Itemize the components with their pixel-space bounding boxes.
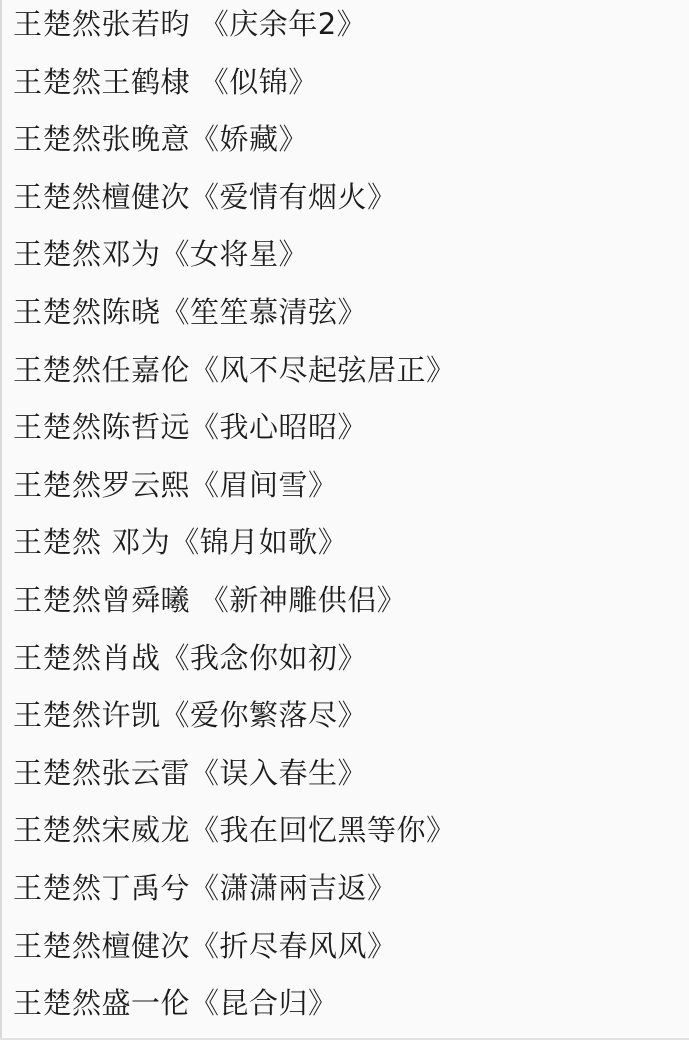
- actor-pair: 王楚然檀健次: [13, 180, 190, 214]
- list-item: 王楚然张晚意《娇藏》: [13, 111, 456, 169]
- list-item: 王楚然张若昀 《庆余年2》: [13, 0, 456, 54]
- actor-pair: 王楚然曾舜曦: [13, 583, 200, 617]
- actor-pair: 王楚然肖战: [13, 641, 161, 675]
- list-item: 王楚然肖战《我念你如初》: [13, 630, 456, 688]
- list-item: 王楚然许凯《爱你繁落尽》: [13, 687, 456, 745]
- actor-pair: 王楚然丁禹兮: [13, 871, 190, 905]
- actor-pair: 王楚然 邓为: [13, 525, 170, 559]
- actor-pair: 王楚然张若昀: [13, 7, 200, 41]
- actor-pair: 王楚然檀健次: [13, 929, 190, 963]
- list-item: 王楚然檀健次《折尽春风风》: [13, 918, 456, 976]
- list-item: 王楚然邓为《女将星》: [13, 226, 456, 284]
- list-item: 王楚然檀健次《爱情有烟火》: [13, 169, 456, 227]
- list-item: 王楚然 邓为《锦月如歌》: [13, 514, 456, 572]
- drama-title: 《潇潇兩吉返》: [190, 871, 397, 905]
- drama-title: 《娇藏》: [190, 122, 308, 156]
- drama-title: 《昆合归》: [190, 986, 338, 1020]
- actor-pair: 王楚然许凯: [13, 698, 161, 732]
- list-item: 王楚然任嘉伦《风不尽起弦居正》: [13, 342, 456, 400]
- drama-title: 《我在回忆黑等你》: [190, 813, 456, 847]
- list-item: 王楚然盛一伦《昆合归》: [13, 975, 456, 1033]
- actor-pair: 王楚然任嘉伦: [13, 353, 190, 387]
- actor-pair: 王楚然宋威龙: [13, 813, 190, 847]
- drama-title: 《爱情有烟火》: [190, 180, 397, 214]
- drama-title: 《我心昭昭》: [190, 410, 367, 444]
- drama-title: 《新神雕供侣》: [200, 583, 407, 617]
- list-item: 王楚然宋威龙《我在回忆黑等你》: [13, 802, 456, 860]
- drama-pairing-list: 王楚然张若昀 《庆余年2》 王楚然王鹤棣 《似锦》 王楚然张晚意《娇藏》 王楚然…: [13, 0, 456, 1033]
- actor-pair: 王楚然张云雷: [13, 756, 190, 790]
- list-item: 王楚然曾舜曦 《新神雕供侣》: [13, 572, 456, 630]
- left-border-divider: [0, 0, 2, 1040]
- drama-title: 《锦月如歌》: [170, 525, 347, 559]
- drama-title: 《风不尽起弦居正》: [190, 353, 456, 387]
- list-item: 王楚然王鹤棣 《似锦》: [13, 54, 456, 112]
- list-item: 王楚然丁禹兮《潇潇兩吉返》: [13, 860, 456, 918]
- actor-pair: 王楚然陈哲远: [13, 410, 190, 444]
- actor-pair: 王楚然盛一伦: [13, 986, 190, 1020]
- drama-title: 《误入春生》: [190, 756, 367, 790]
- drama-title: 《庆余年2》: [200, 7, 366, 41]
- list-item: 王楚然陈晓《笙笙慕清弦》: [13, 284, 456, 342]
- drama-title: 《我念你如初》: [161, 641, 368, 675]
- actor-pair: 王楚然陈晓: [13, 295, 161, 329]
- drama-title: 《爱你繁落尽》: [161, 698, 368, 732]
- list-item: 王楚然罗云熙《眉间雪》: [13, 457, 456, 515]
- drama-title: 《女将星》: [161, 237, 309, 271]
- list-item: 王楚然陈哲远《我心昭昭》: [13, 399, 456, 457]
- actor-pair: 王楚然王鹤棣: [13, 65, 200, 99]
- list-item: 王楚然张云雷《误入春生》: [13, 745, 456, 803]
- actor-pair: 王楚然张晚意: [13, 122, 190, 156]
- drama-title: 《似锦》: [200, 65, 318, 99]
- drama-title: 《笙笙慕清弦》: [161, 295, 368, 329]
- actor-pair: 王楚然罗云熙: [13, 468, 190, 502]
- drama-title: 《眉间雪》: [190, 468, 338, 502]
- actor-pair: 王楚然邓为: [13, 237, 161, 271]
- drama-title: 《折尽春风风》: [190, 929, 397, 963]
